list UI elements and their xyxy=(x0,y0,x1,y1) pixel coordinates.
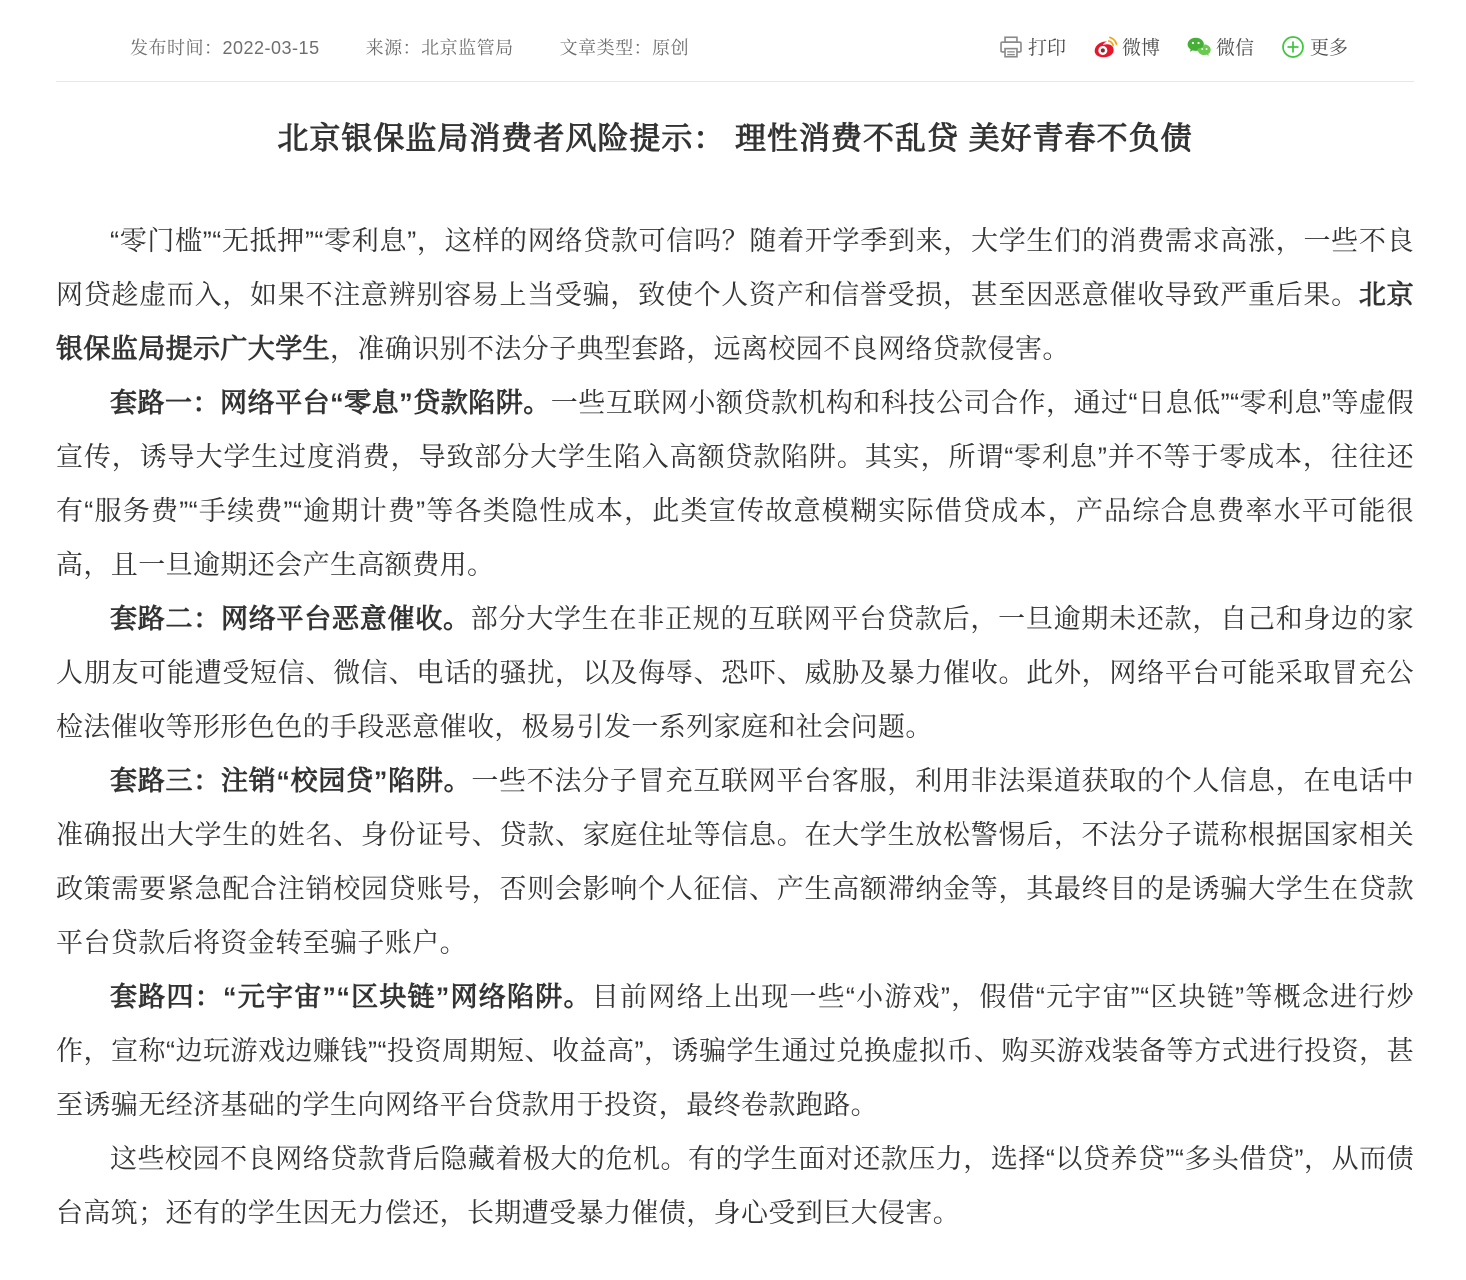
article-content: 北京银保监局消费者风险提示： 理性消费不乱贷 美好青春不负债 “零门槛”“无抵押… xyxy=(0,116,1466,1280)
meta-info: 发布时间：2022-03-15 来源：北京监管局 文章类型：原创 xyxy=(130,34,689,60)
paragraph-text: “零门槛”“无抵押”“零利息”，这样的网络贷款可信吗？随着开学季到来，大学生们的… xyxy=(56,226,1414,310)
paragraph-trick-4: 套路四：“元宇宙”“区块链”网络陷阱。目前网络上出现一些“小游戏”，假借“元宇宙… xyxy=(56,970,1414,1132)
article-type: 文章类型：原创 xyxy=(560,34,690,60)
paragraph-trick-3: 套路三：注销“校园贷”陷阱。一些不法分子冒充互联网平台客服，利用非法渠道获取的个… xyxy=(56,754,1414,970)
weibo-share-button[interactable]: 微博 xyxy=(1092,33,1160,60)
paragraph-intro: “零门槛”“无抵押”“零利息”，这样的网络贷款可信吗？随着开学季到来，大学生们的… xyxy=(56,214,1414,376)
weibo-label: 微博 xyxy=(1122,33,1160,60)
wechat-icon xyxy=(1186,34,1212,60)
article-type-value: 原创 xyxy=(652,38,689,58)
more-label: 更多 xyxy=(1310,33,1348,60)
source: 来源：北京监管局 xyxy=(366,34,514,60)
paragraph-lead: 套路一：网络平台“零息”贷款陷阱。 xyxy=(110,388,551,418)
weibo-icon xyxy=(1092,34,1118,60)
publish-date-label: 发布时间： xyxy=(130,38,223,58)
paragraph-trick-1: 套路一：网络平台“零息”贷款陷阱。一些互联网小额贷款机构和科技公司合作，通过“日… xyxy=(56,376,1414,592)
wechat-share-button[interactable]: 微信 xyxy=(1186,33,1254,60)
publish-date: 发布时间：2022-03-15 xyxy=(130,34,320,60)
paragraph-closing: 这些校园不良网络贷款背后隐藏着极大的危机。有的学生面对还款压力，选择“以贷养贷”… xyxy=(56,1132,1414,1240)
article-body: “零门槛”“无抵押”“零利息”，这样的网络贷款可信吗？随着开学季到来，大学生们的… xyxy=(56,214,1414,1240)
paragraph-lead: 套路三：注销“校园贷”陷阱。 xyxy=(110,766,471,796)
paragraph-lead: 套路二：网络平台恶意催收。 xyxy=(110,604,471,634)
more-share-button[interactable]: 更多 xyxy=(1280,33,1348,60)
wechat-label: 微信 xyxy=(1216,33,1254,60)
article-type-label: 文章类型： xyxy=(560,38,653,58)
page-title: 北京银保监局消费者风险提示： 理性消费不乱贷 美好青春不负债 xyxy=(56,116,1414,162)
paragraph-text: 这些校园不良网络贷款背后隐藏着极大的危机。有的学生面对还款压力，选择“以贷养贷”… xyxy=(56,1144,1414,1228)
printer-icon xyxy=(998,34,1024,60)
print-label: 打印 xyxy=(1028,33,1066,60)
publish-date-value: 2022-03-15 xyxy=(223,38,320,58)
paragraph-text: ，准确识别不法分子典型套路，远离校园不良网络贷款侵害。 xyxy=(330,334,1070,364)
print-button[interactable]: 打印 xyxy=(998,33,1066,60)
paragraph-trick-2: 套路二：网络平台恶意催收。部分大学生在非正规的互联网平台贷款后，一旦逾期未还款，… xyxy=(56,592,1414,754)
source-label: 来源： xyxy=(366,38,422,58)
plus-circle-icon xyxy=(1280,34,1306,60)
share-toolbar: 打印 微博 xyxy=(998,33,1348,60)
article-page: 发布时间：2022-03-15 来源：北京监管局 文章类型：原创 xyxy=(0,0,1466,1280)
source-value: 北京监管局 xyxy=(421,38,514,58)
article-meta-bar: 发布时间：2022-03-15 来源：北京监管局 文章类型：原创 xyxy=(56,0,1414,82)
paragraph-lead: 套路四：“元宇宙”“区块链”网络陷阱。 xyxy=(110,982,592,1012)
